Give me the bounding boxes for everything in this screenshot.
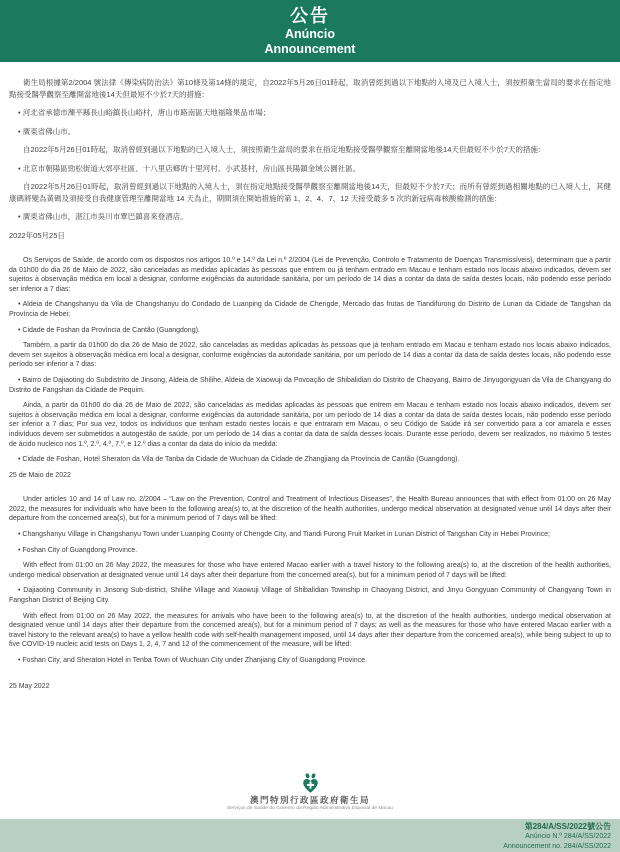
paragraph: With effect from 01:00 on 26 May 2022, t… [9,612,611,650]
page-title-zh: 公告 [0,6,620,27]
reference-number-zh: 第284/A/SS/2022號公告 [0,822,611,832]
issuer-name-pt: Serviços de Saúde do Governo da Região A… [0,805,620,812]
paragraph: 自2022年5月26日01時起，取消曾經到過以下地點的已入境人士，須按照衛生當局… [9,144,611,156]
date-line: 2022年05月25日 [9,230,611,242]
reference-bar: 第284/A/SS/2022號公告 Anúncio N.º 284/A/SS/2… [0,819,620,852]
bullet-item: Bairro de Dajiaoting do Subdistrito de J… [9,376,611,395]
bullet-item: Changshanyu Village in Changshanyu Town … [9,530,611,540]
section-portuguese: Os Serviços de Saúde, de acordo com os d… [9,256,611,480]
announcement-page: 公告 Anúncio Announcement 衛生局根據第2/2004 號法律… [0,0,620,852]
paragraph: 自2022年5月26日01時起，取消曾經到過以下地點的入境人士，須在指定地點接受… [9,181,611,204]
bullet-item: 廣東省佛山市。 [9,126,611,138]
section-english: Under articles 10 and 14 of Law no. 2/20… [9,495,611,691]
reference-number-pt: Anúncio N.º 284/A/SS/2022 [0,832,611,842]
paragraph: Os Serviços de Saúde, de acordo com os d… [9,256,611,294]
bullet-item: 河北省承德市灤平縣長山峪鎮長山峪村，唐山市路南區天地福隆果品市場； [9,107,611,119]
bullet-item: Foshan City of Guangdong Province. [9,546,611,556]
page-title-pt: Anúncio [0,27,620,42]
paragraph: 衛生局根據第2/2004 號法律《傳染病防治法》第10條及第14條的規定，自20… [9,77,611,100]
bullet-item: Cidade de Foshan da Província de Cantão … [9,326,611,336]
issuer-block: 澳門特別行政區政府衛生局 Serviços de Saúde do Govern… [0,773,620,812]
announcement-header: 公告 Anúncio Announcement [0,0,620,62]
page-title-en: Announcement [0,42,620,57]
date-line: 25 May 2022 [9,682,611,692]
bullet-item: Cidade de Foshan, Hotel Sheraton da Vila… [9,455,611,465]
bullet-item: 北京市朝陽區勁松街道大郊亭社區、十八里店鄉的十里河村、小武基村，房山區長陽鎮金域… [9,163,611,175]
section-chinese: 衛生局根據第2/2004 號法律《傳染病防治法》第10條及第14條的規定，自20… [9,77,611,241]
paragraph: With effect from 01:00 on 26 May 2022, t… [9,561,611,580]
paragraph: Under articles 10 and 14 of Law no. 2/20… [9,495,611,524]
bullet-item: 廣東省佛山市，湛江市吳川市覃巴鎮喜來登酒店。 [9,211,611,223]
bullet-item: Dajiaoting Community in Jinsong Sub-dist… [9,586,611,605]
bullet-item: Foshan City, and Sheraton Hotel in Tenba… [9,656,611,666]
health-bureau-logo-icon [300,773,321,794]
announcement-body: 衛生局根據第2/2004 號法律《傳染病防治法》第10條及第14條的規定，自20… [9,70,611,691]
reference-number-en: Announcement no. 284/A/SS/2022 [0,842,611,852]
paragraph: Ainda, a partir da 01h00 do dia 26 de Ma… [9,401,611,449]
issuer-name-zh: 澳門特別行政區政府衛生局 [0,795,620,805]
bullet-item: Aldeia de Changshanyu da Vila de Changsh… [9,300,611,319]
date-line: 25 de Maio de 2022 [9,471,611,481]
paragraph: Também, a partir da 01h00 do dia 26 de M… [9,341,611,370]
